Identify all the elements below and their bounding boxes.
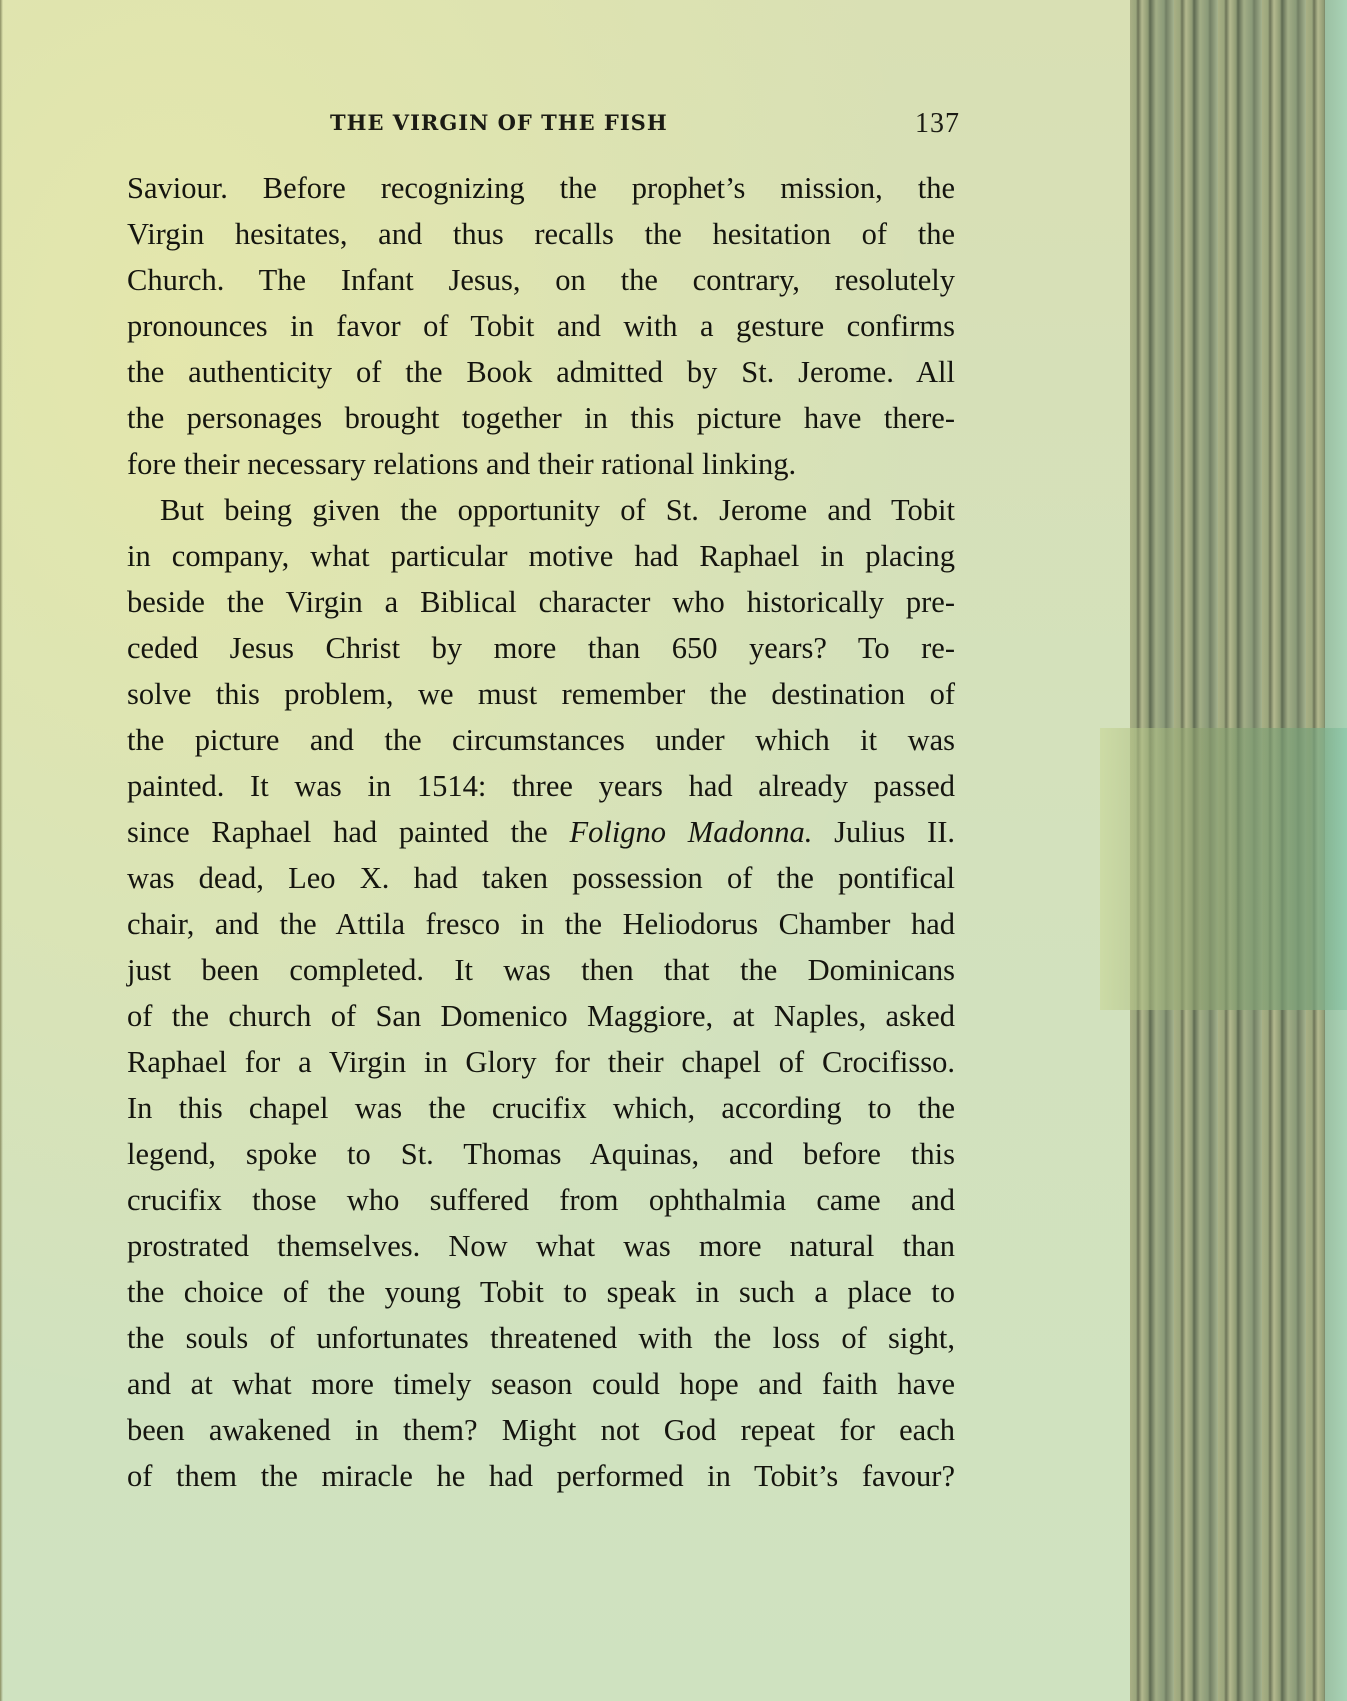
text-line: solve this problem, we must remember the… bbox=[127, 671, 955, 717]
scan-glare-artifact bbox=[1100, 728, 1347, 1010]
text-line: the choice of the young Tobit to speak i… bbox=[127, 1269, 955, 1315]
text-line: Saviour. Before recognizing the prophet’… bbox=[127, 165, 955, 211]
text-line: been awakened in them? Might not God rep… bbox=[127, 1407, 955, 1453]
text-line: just been completed. It was then that th… bbox=[127, 947, 955, 993]
text-line: ceded Jesus Christ by more than 650 year… bbox=[127, 625, 955, 671]
text-line: the picture and the circumstances under … bbox=[127, 717, 955, 763]
text-line: the authenticity of the Book admitted by… bbox=[127, 349, 955, 395]
painting-title: Foligno Madonna. bbox=[569, 815, 812, 849]
text-line: the personages brought together in this … bbox=[127, 395, 955, 441]
text-line: legend, spoke to St. Thomas Aquinas, and… bbox=[127, 1131, 955, 1177]
running-title: THE VIRGIN OF THE FISH bbox=[330, 110, 668, 135]
text-line: In this chapel was the crucifix which, a… bbox=[127, 1085, 955, 1131]
text-line: fore their necessary relations and their… bbox=[127, 441, 955, 487]
page-number: 137 bbox=[915, 108, 960, 140]
text-line-with-italic: since Raphael had painted the Foligno Ma… bbox=[127, 809, 955, 855]
text-line: of the church of San Domenico Maggiore, … bbox=[127, 993, 955, 1039]
book-page: THE VIRGIN OF THE FISH 137 Saviour. Befo… bbox=[0, 0, 1132, 1701]
paragraph-2: But being given the opportunity of St. J… bbox=[127, 487, 955, 1499]
text-line: of them the miracle he had performed in … bbox=[127, 1453, 955, 1499]
text-line: Virgin hesitates, and thus recalls the h… bbox=[127, 211, 955, 257]
body-text: Saviour. Before recognizing the prophet’… bbox=[127, 165, 955, 1499]
text-line: in company, what particular motive had R… bbox=[127, 533, 955, 579]
page-gutter-shadow bbox=[0, 0, 3, 1701]
text-line: was dead, Leo X. had taken possession of… bbox=[127, 855, 955, 901]
text-segment: since Raphael had painted the bbox=[127, 815, 569, 849]
text-line: crucifix those who suffered from ophthal… bbox=[127, 1177, 955, 1223]
paragraph-1: Saviour. Before recognizing the prophet’… bbox=[127, 165, 955, 487]
text-line: Church. The Infant Jesus, on the contrar… bbox=[127, 257, 955, 303]
text-line: painted. It was in 1514: three years had… bbox=[127, 763, 955, 809]
text-line: the souls of unfortunates threatened wit… bbox=[127, 1315, 955, 1361]
text-line: pronounces in favor of Tobit and with a … bbox=[127, 303, 955, 349]
text-segment: Julius II. bbox=[812, 815, 955, 849]
text-line: beside the Virgin a Biblical character w… bbox=[127, 579, 955, 625]
running-head: THE VIRGIN OF THE FISH 137 bbox=[330, 108, 960, 144]
text-line: prostrated themselves. Now what was more… bbox=[127, 1223, 955, 1269]
text-line: Raphael for a Virgin in Glory for their … bbox=[127, 1039, 955, 1085]
text-line: and at what more timely season could hop… bbox=[127, 1361, 955, 1407]
text-line: But being given the opportunity of St. J… bbox=[127, 487, 955, 533]
text-line: chair, and the Attila fresco in the Heli… bbox=[127, 901, 955, 947]
